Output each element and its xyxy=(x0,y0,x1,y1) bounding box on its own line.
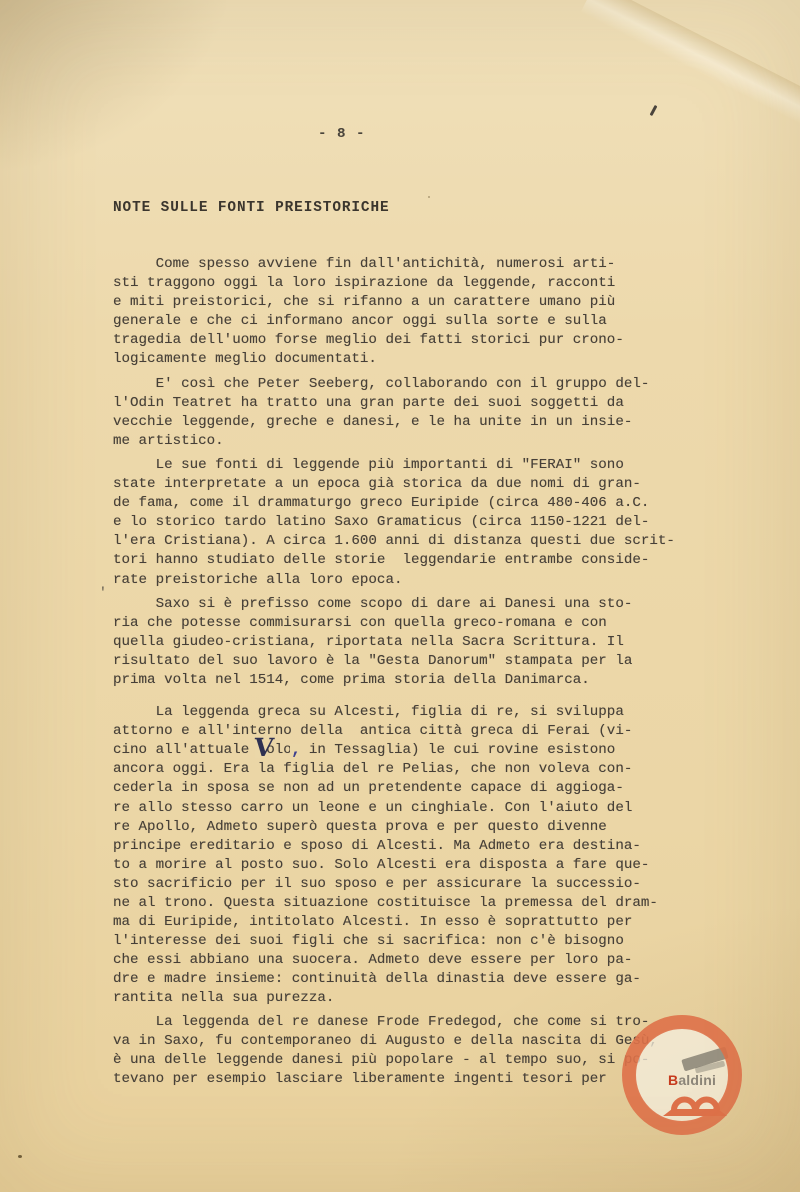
text-line: tori hanno studiato delle storie leggend… xyxy=(113,551,675,570)
paragraph: E' così che Peter Seeberg, collaborando … xyxy=(113,375,675,451)
text-line: sti traggono oggi la loro ispirazione da… xyxy=(113,274,675,293)
paragraph: La leggenda greca su Alcesti, figlia di … xyxy=(113,703,675,1009)
text-line: cino all'attuale Volo, in Tessaglia) le … xyxy=(113,741,675,760)
library-stamp: Baldini xyxy=(622,1015,742,1135)
text-line: cederla in sposa se non ad un pretendent… xyxy=(113,779,675,798)
text-line: l'era Cristiana). A circa 1.600 anni di … xyxy=(113,532,675,551)
text-line: è una delle leggende danesi più popolare… xyxy=(113,1051,675,1070)
text-line: Come spesso avviene fin dall'antichità, … xyxy=(113,255,675,274)
text-line: e miti preistorici, che si rifanno a un … xyxy=(113,293,675,312)
text-line: che essi abbiano una suocera. Admeto dev… xyxy=(113,951,675,970)
text-line: principe ereditario e sposo di Alcesti. … xyxy=(113,837,675,856)
text-line: rate preistoriche alla loro epoca. xyxy=(113,571,675,590)
paper-speck xyxy=(428,196,430,198)
text-line: La leggenda greca su Alcesti, figlia di … xyxy=(113,703,675,722)
text-line: vecchie leggende, greche e danesi, e le … xyxy=(113,413,675,432)
handwritten-correction-v: V xyxy=(252,733,274,762)
text-line: generale e che ci informano ancor oggi s… xyxy=(113,312,675,331)
paper-speck xyxy=(18,1155,22,1158)
text-line: de fama, come il drammaturgo greco Eurip… xyxy=(113,494,675,513)
text-line: va in Saxo, fu contemporaneo di Augusto … xyxy=(113,1032,675,1051)
text-line: me artistico. xyxy=(113,432,675,451)
text-line: e lo storico tardo latino Saxo Gramaticu… xyxy=(113,513,675,532)
text-line: ria che potesse commisurarsi con quella … xyxy=(113,614,675,633)
text-line: La leggenda del re danese Frode Fredegod… xyxy=(113,1013,675,1032)
paper-crease xyxy=(581,0,800,148)
paper-speck xyxy=(168,520,170,522)
text-line: logicamente meglio documentati. xyxy=(113,350,675,369)
paragraph: Le sue fonti di leggende più importanti … xyxy=(113,456,675,590)
text-line: ma di Euripide, intitolato Alcesti. In e… xyxy=(113,913,675,932)
text-line: attorno e all'interno della antica città… xyxy=(113,722,675,741)
text-line: tragedia dell'uomo forse meglio dei fatt… xyxy=(113,331,675,350)
paragraph: Come spesso avviene fin dall'antichità, … xyxy=(113,255,675,370)
paragraph: Saxo si è prefisso come scopo di dare ai… xyxy=(113,595,675,690)
text-line: quella giudeo-cristiana, riportata nella… xyxy=(113,633,675,652)
text-line: E' così che Peter Seeberg, collaborando … xyxy=(113,375,675,394)
section-heading: NOTE SULLE FONTI PREISTORICHE xyxy=(113,200,390,216)
text-line: Le sue fonti di leggende più importanti … xyxy=(113,456,675,475)
text-line: ne al trono. Questa situazione costituis… xyxy=(113,894,675,913)
ink-mark xyxy=(650,105,658,116)
text-line: risultato del suo lavoro è la "Gesta Dan… xyxy=(113,652,675,671)
text-line: re Apollo, Admeto superò questa prova e … xyxy=(113,818,675,837)
text-line: ancora oggi. Era la figlia del re Pelias… xyxy=(113,760,675,779)
page-number: - 8 - xyxy=(318,126,366,142)
handwritten-comma: , xyxy=(291,741,301,760)
stamp-ring xyxy=(622,1015,742,1135)
text-line: state interpretate a un epoca già storic… xyxy=(113,475,675,494)
text-line: Saxo si è prefisso come scopo di dare ai… xyxy=(113,595,675,614)
text-line: dre e madre insieme: continuità della di… xyxy=(113,970,675,989)
paragraph: La leggenda del re danese Frode Fredegod… xyxy=(113,1013,675,1089)
text-line: l'interesse dei suoi figli che si sacrif… xyxy=(113,932,675,951)
document-body: Come spesso avviene fin dall'antichità, … xyxy=(113,255,675,1089)
text-line: tevano per esempio lasciare liberamente … xyxy=(113,1070,675,1089)
document-page: - 8 - NOTE SULLE FONTI PREISTORICHE Come… xyxy=(0,0,800,1192)
margin-tick-mark: ' xyxy=(99,585,107,600)
text-line: l'Odin Teatret ha tratto una gran parte … xyxy=(113,394,675,413)
text-line: re allo stesso carro un leone e un cingh… xyxy=(113,799,675,818)
text-line: prima volta nel 1514, come prima storia … xyxy=(113,671,675,690)
text-line: to a morire al posto suo. Solo Alcesti e… xyxy=(113,856,675,875)
text-line: sto sacrificio per il suo sposo e per as… xyxy=(113,875,675,894)
text-line: rantita nella sua purezza. xyxy=(113,989,675,1008)
